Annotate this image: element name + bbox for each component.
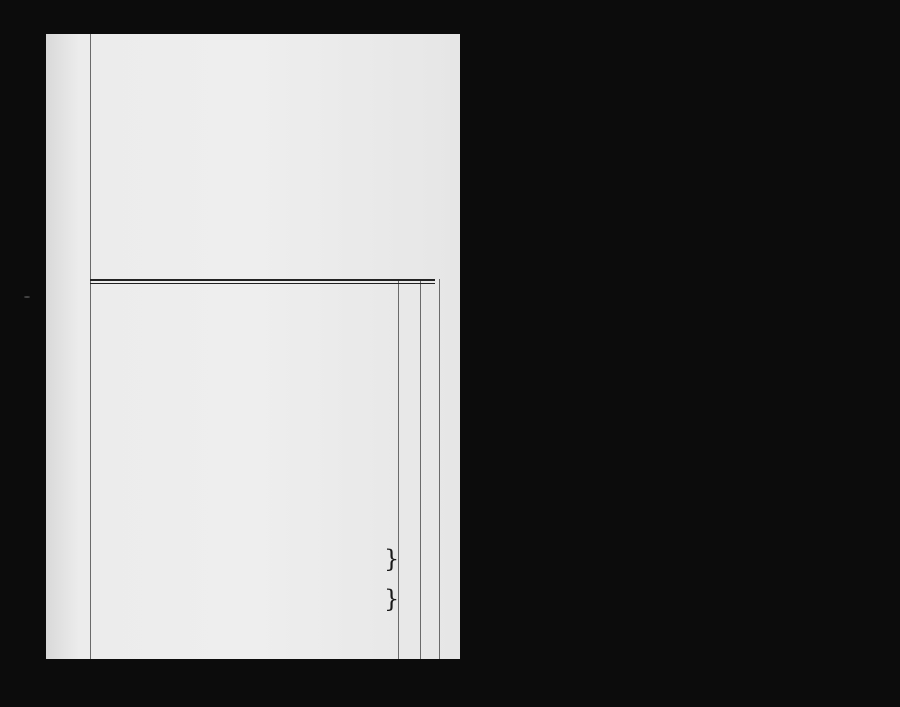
inventory-row <box>94 399 454 421</box>
section-divider <box>90 283 435 284</box>
section-divider <box>90 279 435 281</box>
examined-margin-note <box>24 296 30 298</box>
inventory-row <box>94 483 454 505</box>
inventory-row <box>94 462 454 484</box>
left-margin-rule <box>90 34 91 659</box>
inventory-row <box>94 441 454 463</box>
inventory-row <box>94 420 454 442</box>
left-ledger-page: } } <box>46 34 460 659</box>
grouping-brace: } <box>384 547 399 571</box>
inventory-row <box>94 377 454 399</box>
spacer <box>94 574 454 596</box>
inventory-row <box>94 504 454 526</box>
